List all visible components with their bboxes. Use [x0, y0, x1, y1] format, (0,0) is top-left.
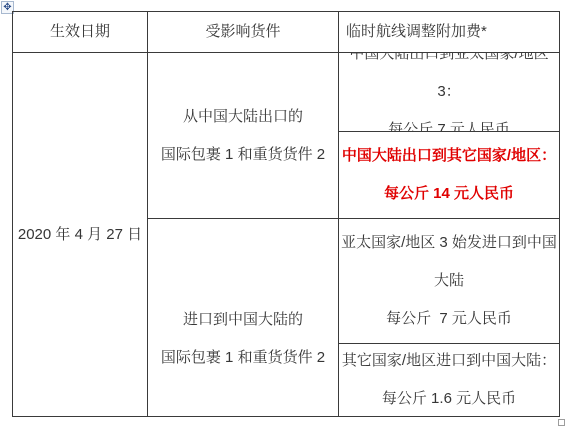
cell-effective-date: 2020 年 4 月 27 日 — [13, 53, 148, 416]
surcharge-line: 每公斤 7 元人民币 — [386, 300, 512, 338]
surcharge-line: 每公斤 1.6 元人民币 — [382, 380, 516, 416]
shipment-line: 国际包裹 1 和重货货件 2 — [161, 136, 325, 174]
header-label: 生效日期 — [50, 13, 110, 51]
surcharge-line: 亚太国家/地区 3 始发进口到中国 — [341, 224, 557, 262]
table-resize-handle[interactable] — [558, 419, 565, 426]
header-label: 临时航线调整附加费* — [346, 13, 487, 51]
surcharge-table: 生效日期 受影响货件 临时航线调整附加费* 2020 年 4 月 27 日 从中… — [12, 11, 560, 417]
surcharge-line-highlighted: 每公斤 14 元人民币 — [384, 175, 514, 213]
header-cell-affected-shipments: 受影响货件 — [148, 12, 339, 53]
surcharge-line: 每公斤 7 元人民币 — [388, 111, 510, 132]
shipment-line: 进口到中国大陆的 — [183, 301, 303, 339]
move-arrows-icon: ✥ — [3, 3, 11, 13]
header-label: 受影响货件 — [205, 13, 280, 51]
header-cell-surcharge: 临时航线调整附加费* — [339, 12, 559, 53]
header-cell-effective-date: 生效日期 — [13, 12, 148, 53]
surcharge-line-highlighted: 中国大陆出口到其它国家/地区： — [342, 137, 556, 175]
cell-surcharge-import-other: 其它国家/地区进口到中国大陆： 每公斤 1.6 元人民币 — [339, 344, 559, 416]
cell-export-shipments: 从中国大陆出口的 国际包裹 1 和重货货件 2 — [148, 53, 339, 219]
shipment-line: 国际包裹 1 和重货货件 2 — [161, 339, 325, 377]
surcharge-line: 中国大陆出口到亚太国家/地区 3： — [339, 53, 559, 111]
surcharge-line: 大陆 — [434, 262, 464, 300]
shipment-line: 从中国大陆出口的 — [183, 98, 303, 136]
surcharge-line: 其它国家/地区进口到中国大陆： — [342, 344, 556, 380]
cell-import-shipments: 进口到中国大陆的 国际包裹 1 和重货货件 2 — [148, 219, 339, 416]
effective-date-value: 2020 年 4 月 27 日 — [18, 216, 142, 254]
cell-surcharge-export-apac: 中国大陆出口到亚太国家/地区 3： 每公斤 7 元人民币 — [339, 53, 559, 132]
cell-surcharge-import-apac: 亚太国家/地区 3 始发进口到中国 大陆 每公斤 7 元人民币 — [339, 219, 559, 344]
cell-surcharge-export-other: 中国大陆出口到其它国家/地区： 每公斤 14 元人民币 — [339, 132, 559, 219]
